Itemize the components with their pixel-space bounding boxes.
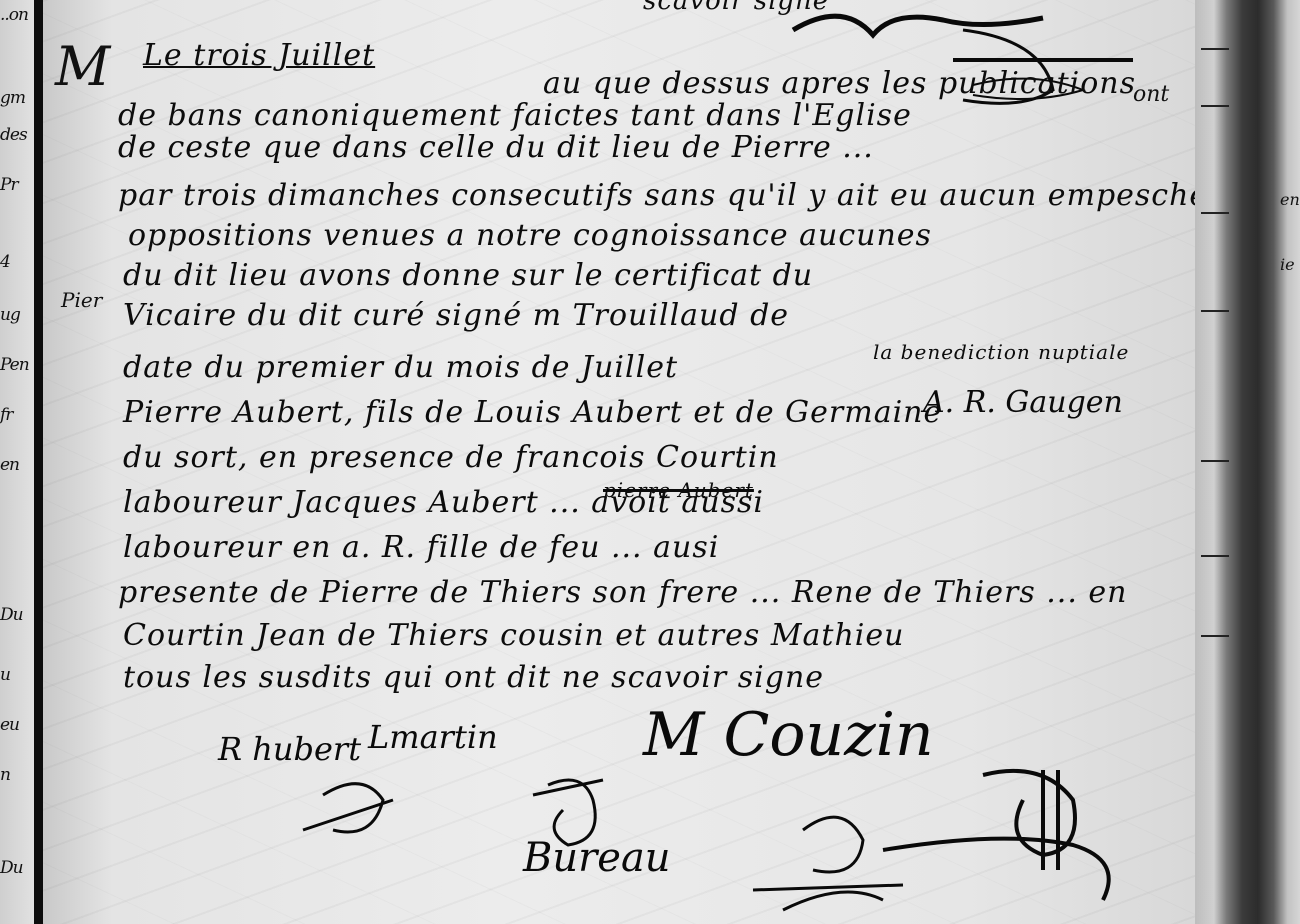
entry-line-6: du dit lieu avons donne sur le certifica… (123, 258, 813, 293)
entry-line-1: Le trois Juillet (143, 38, 375, 73)
entry-line-2: de bans canoniquement faictes tant dans … (118, 98, 912, 133)
margin-marriage-mark: M (55, 35, 98, 98)
entry-line-1-continuation: au que dessus apres les publications (543, 66, 1136, 101)
left-page-fragment: u (0, 665, 10, 685)
entry-line-3: de ceste que dans celle du dit lieu de P… (118, 130, 874, 165)
inline-signature: A. R. Gaugen (923, 385, 1123, 420)
interlinear-benediction: la benediction nuptiale (873, 340, 1129, 364)
entry-line-10: du sort, en presence de francois Courtin (123, 440, 779, 475)
left-page-fragment: 4 (0, 252, 10, 272)
left-page-fragment: en (0, 455, 19, 475)
entry-line-13: presente de Pierre de Thiers son frere .… (118, 575, 1127, 610)
margin-note-right: ont (1133, 82, 1169, 107)
entry-line-9: Pierre Aubert, fils de Louis Aubert et d… (123, 395, 942, 430)
left-page-fragment: des (0, 125, 27, 145)
right-page-fragment: ie (1280, 255, 1295, 274)
signature-paraphs (283, 760, 1183, 924)
entry-line-15: tous les susdits qui ont dit ne scavoir … (123, 660, 824, 695)
adjacent-right-page: ent ie (1278, 0, 1300, 924)
left-page-fragment: gm (0, 88, 25, 108)
entry-line-5: oppositions venues a notre cognoissance … (128, 218, 932, 253)
adjacent-left-page: ..on gm des Pr 4 ug Pen fr en Du u eu n … (0, 0, 36, 924)
entry-line-7: Vicaire du dit curé signé m Trouillaud d… (123, 298, 789, 333)
right-page-fragment: ent (1280, 190, 1300, 209)
entry-line-4: par trois dimanches consecutifs sans qu'… (118, 178, 1195, 213)
left-page-fragment: n (0, 765, 10, 785)
book-gutter: ent ie (1195, 0, 1300, 924)
entry-line-12: laboureur en a. R. fille de feu ... ausi (123, 530, 719, 565)
margin-note-left: Pier (61, 288, 102, 312)
register-page: scavoir signe M Pier ont Le trois Juille… (43, 0, 1195, 924)
entry-line-8: date du premier du mois de Juillet (123, 350, 678, 385)
left-page-fragment: eu (0, 715, 19, 735)
signature-martin: Lmartin (368, 718, 498, 756)
struck-text: pierre Aubert (603, 478, 754, 502)
left-page-fragment: Pen (0, 355, 29, 375)
left-page-fragment: Du (0, 858, 23, 878)
binding-rule-line (34, 0, 43, 924)
entry-line-14: Courtin Jean de Thiers cousin et autres … (123, 618, 904, 653)
left-page-fragment: ..on (0, 5, 28, 25)
left-page-fragment: ug (0, 305, 20, 325)
left-page-fragment: Du (0, 605, 23, 625)
left-page-fragment: fr (0, 405, 12, 425)
left-page-fragment: Pr (0, 175, 18, 195)
